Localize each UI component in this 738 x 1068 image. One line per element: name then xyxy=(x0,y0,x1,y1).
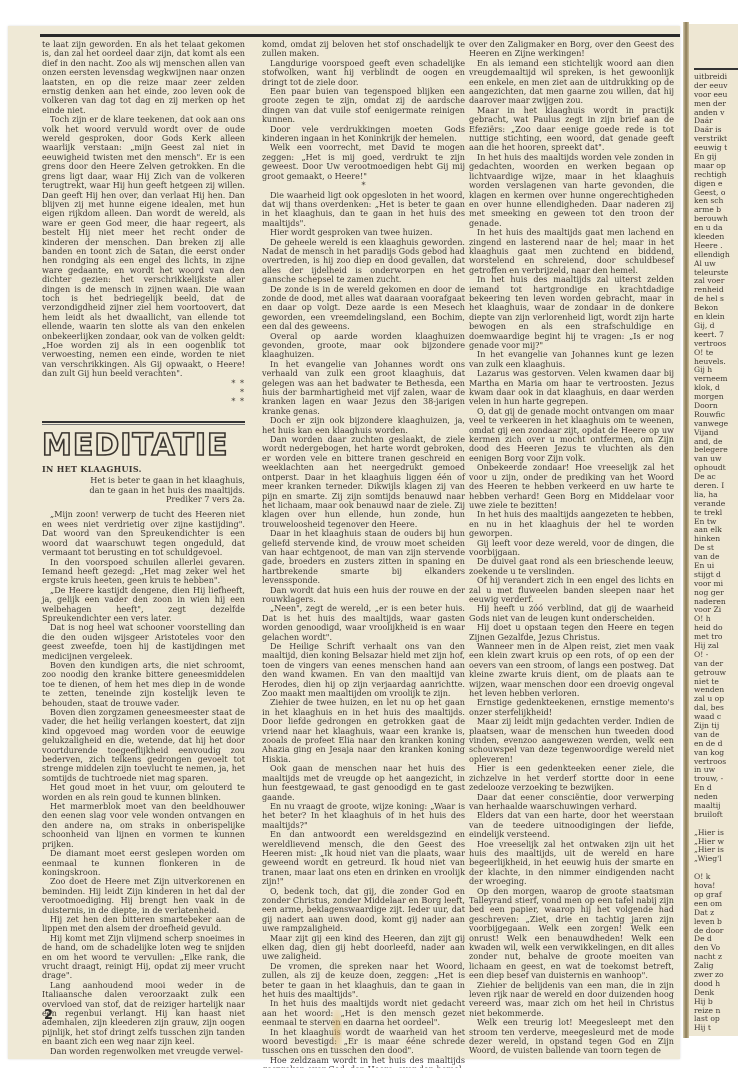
paragraph: De duivel gaat rond als een brieschende … xyxy=(469,557,674,576)
paragraph: Toch zijn er de klare teekenen, dat ook … xyxy=(42,115,245,378)
paragraph: De diamant moet eerst geslepen worden om… xyxy=(42,849,245,877)
paragraph: O, bedenk toch, dat gij, die zonder God … xyxy=(262,887,465,934)
paragraph: Boven den kundigen arts, die niet schroo… xyxy=(42,661,245,708)
paragraph: Dan worden daar zuchten geslaakt, de zie… xyxy=(262,435,465,529)
paragraph: Elders dat van een harte, door het weers… xyxy=(469,811,674,839)
text-line: Hij t xyxy=(694,1024,738,1033)
paragraph: De vromen, die spreken naar het Woord, z… xyxy=(262,962,465,1000)
paragraph: Dan worden regenwolken met vreugde verwe… xyxy=(42,1047,245,1056)
column-4-partial: uitbreidider eeuvvoor eeumen deranden v … xyxy=(694,68,738,1033)
paragraph: Daar dat eener consciëntie, door verwerp… xyxy=(469,793,674,812)
paragraph: Hoe zeldzaam wordt in het huis des maalt… xyxy=(262,1056,465,1068)
paragraph: Lang aanhoudend mooi weder in de Italiaa… xyxy=(42,981,245,1047)
column-1: te laat zijn geworden. En als het telaat… xyxy=(42,40,245,1056)
epigraph: Het is beter te gaan in het klaaghuis, d… xyxy=(42,476,245,504)
paragraph: Het goud moet in het vuur, om gelouterd … xyxy=(42,783,245,802)
column-2: komd, omdat zij beloven het stof onschad… xyxy=(262,40,465,1068)
text-line: „Wieg'l xyxy=(694,855,738,864)
paragraph: Ziehier de twee huizen, en let nu op het… xyxy=(262,698,465,764)
paragraph: Lazarus was gestorven. Velen kwamen daar… xyxy=(469,369,674,407)
paragraph: In het huis des maaltijds zal uiterst ze… xyxy=(469,275,674,350)
paragraph: Hij heeft u zóó verblind, dat gij de waa… xyxy=(469,604,674,623)
paragraph: In het huis des maaltijds wordt niet ged… xyxy=(262,999,465,1027)
paper-stain xyxy=(332,1010,342,1050)
paragraph: Welk een voorrecht, met David te mogen z… xyxy=(262,143,465,181)
section-heading: MEDITATIE xyxy=(42,429,245,463)
epigraph-reference: Prediker 7 vers 2a. xyxy=(42,495,245,504)
paragraph: O, dat gij de genade mocht ontvangen om … xyxy=(469,407,674,463)
paragraph: Boven dien zorgzamen geneesmeester staat… xyxy=(42,708,245,783)
paragraph: Maar in het klaaghuis wordt in practijk … xyxy=(469,106,674,153)
paragraph: Ernstige gedenkteekenen, ernstige mement… xyxy=(469,698,674,717)
separator-stars: * xyxy=(42,388,245,397)
paragraph: Onbekeerde zondaar! Hoe vreeselijk zal h… xyxy=(469,463,674,510)
paragraph: Hij komt met Zijn vlijmend scherp snoeim… xyxy=(42,934,245,981)
paragraph: In het huis des maaltijds aangezeten te … xyxy=(469,510,674,538)
paragraph: Hoe vreeselijk zal het ontwaken zijn uit… xyxy=(469,840,674,887)
meditation-body: „Mijn zoon! verwerp de tucht des Heeren … xyxy=(42,510,245,1056)
separator-stars: * * xyxy=(42,397,245,406)
paragraph: Daar in het klaaghuis staan de ouders bi… xyxy=(262,529,465,585)
page-number: 2 xyxy=(44,1008,53,1023)
paragraph: Welk een treurig lot! Meegesleept met de… xyxy=(469,1018,674,1056)
paragraph: Een paar buien van tegenspoed blijken ee… xyxy=(262,87,465,125)
paragraph: In het huis des maaltijds gaat men lache… xyxy=(469,228,674,275)
paragraph: Hij doet u opstaan tegen den Heere en te… xyxy=(469,623,674,642)
paragraph: En nu vraagt de groote, wijze koning: „W… xyxy=(262,802,465,830)
paragraph: Doch er zijn ook bijzondere klaaghuizen,… xyxy=(262,416,465,435)
paragraph: te laat zijn geworden. En als het telaat… xyxy=(42,40,245,115)
paragraph: Langdurige voorspoed geeft even schadeli… xyxy=(262,59,465,87)
separator-stars: * * xyxy=(42,379,245,388)
paragraph: over den Zaligmaker en Borg, over den Ge… xyxy=(469,40,674,59)
paragraph: Zoo doet de Heere met Zijn uitverkorenen… xyxy=(42,877,245,915)
paragraph: In den voorspoed schuilen allerlei gevar… xyxy=(42,558,245,586)
paragraph: „Neen", zegt de wereld, „er is een beter… xyxy=(262,604,465,642)
column-4-lines: uitbreidider eeuvvoor eeumen deranden v … xyxy=(694,73,738,1033)
paragraph: Hij zet hen den bitteren smartebeker aan… xyxy=(42,915,245,934)
paragraph: Die waarheid ligt ook opgesloten in het … xyxy=(262,191,465,229)
paragraph: Overal op aarde worden klaaghuizen gevon… xyxy=(262,332,465,360)
paragraph: Het marmerblok moet van den beeldhouwer … xyxy=(42,802,245,849)
column-2-body: komd, omdat zij beloven het stof onschad… xyxy=(262,40,465,1068)
paragraph: In het klaaghuis wordt de waarheid van h… xyxy=(262,1028,465,1056)
paragraph: Hier is een gedenkteeken eener ziele, di… xyxy=(469,764,674,792)
paragraph: Of hij verandert zich in een engel des l… xyxy=(469,576,674,604)
column-3: over den Zaligmaker en Borg, over den Ge… xyxy=(469,40,674,1056)
column-1-intro: te laat zijn geworden. En als het telaat… xyxy=(42,40,245,379)
paragraph: De zonde is in de wereld gekomen en door… xyxy=(262,285,465,332)
paragraph: In het huis des maaltijds worden vele zo… xyxy=(469,153,674,228)
paragraph: Ook gaan de menschen naar het huis des m… xyxy=(262,764,465,802)
paragraph: De Heilige Schrift verhaalt ons van den … xyxy=(262,642,465,698)
paragraph: „Mijn zoon! verwerp de tucht des Heeren … xyxy=(42,510,245,557)
paragraph: Wanneer men in de Alpen reist, ziet men … xyxy=(469,642,674,698)
paragraph: En als iemand een stichtelijk woord aan … xyxy=(469,59,674,106)
right-page-partial: uitbreidider eeuvvoor eeumen deranden v … xyxy=(689,24,738,1036)
paragraph: Gij leeft voor deze wereld, voor de ding… xyxy=(469,539,674,558)
paragraph: Door vele verdrukkingen moeten Gods kind… xyxy=(262,125,465,144)
text-line: bruiloft xyxy=(694,811,738,820)
top-rule xyxy=(40,34,680,37)
paragraph: Maar zij leidt mijn gedachten verder. In… xyxy=(469,717,674,764)
paragraph: Dat is nog heel wat schooner voorstellin… xyxy=(42,623,245,661)
section-divider xyxy=(42,421,245,425)
paragraph: In het evangelie van Johannes wordt ons … xyxy=(262,360,465,416)
paragraph: komd, omdat zij beloven het stof onschad… xyxy=(262,40,465,59)
paragraph: En dan antwoordt een wereldsgezind en we… xyxy=(262,830,465,886)
paragraph: De geheele wereld is een klaaghuis gewor… xyxy=(262,238,465,285)
paragraph: Maar zijt gij een kind des Heeren, dan z… xyxy=(262,934,465,962)
paragraph: In het evangelie van Johannes kunt ge le… xyxy=(469,350,674,369)
paragraph: Ziehier de belijdenis van een man, die i… xyxy=(469,981,674,1019)
top-rule-right xyxy=(694,68,738,70)
paragraph: Op den morgen, waarop de groote staatsma… xyxy=(469,887,674,981)
paragraph: Dan wordt dat huis een huis der rouwe en… xyxy=(262,586,465,605)
article-title: IN HET KLAAGHUIS. xyxy=(42,465,245,474)
column-3-body: over den Zaligmaker en Borg, over den Ge… xyxy=(469,40,674,1056)
paragraph: „De Heere kastijdt dengene, dien Hij lie… xyxy=(42,586,245,624)
